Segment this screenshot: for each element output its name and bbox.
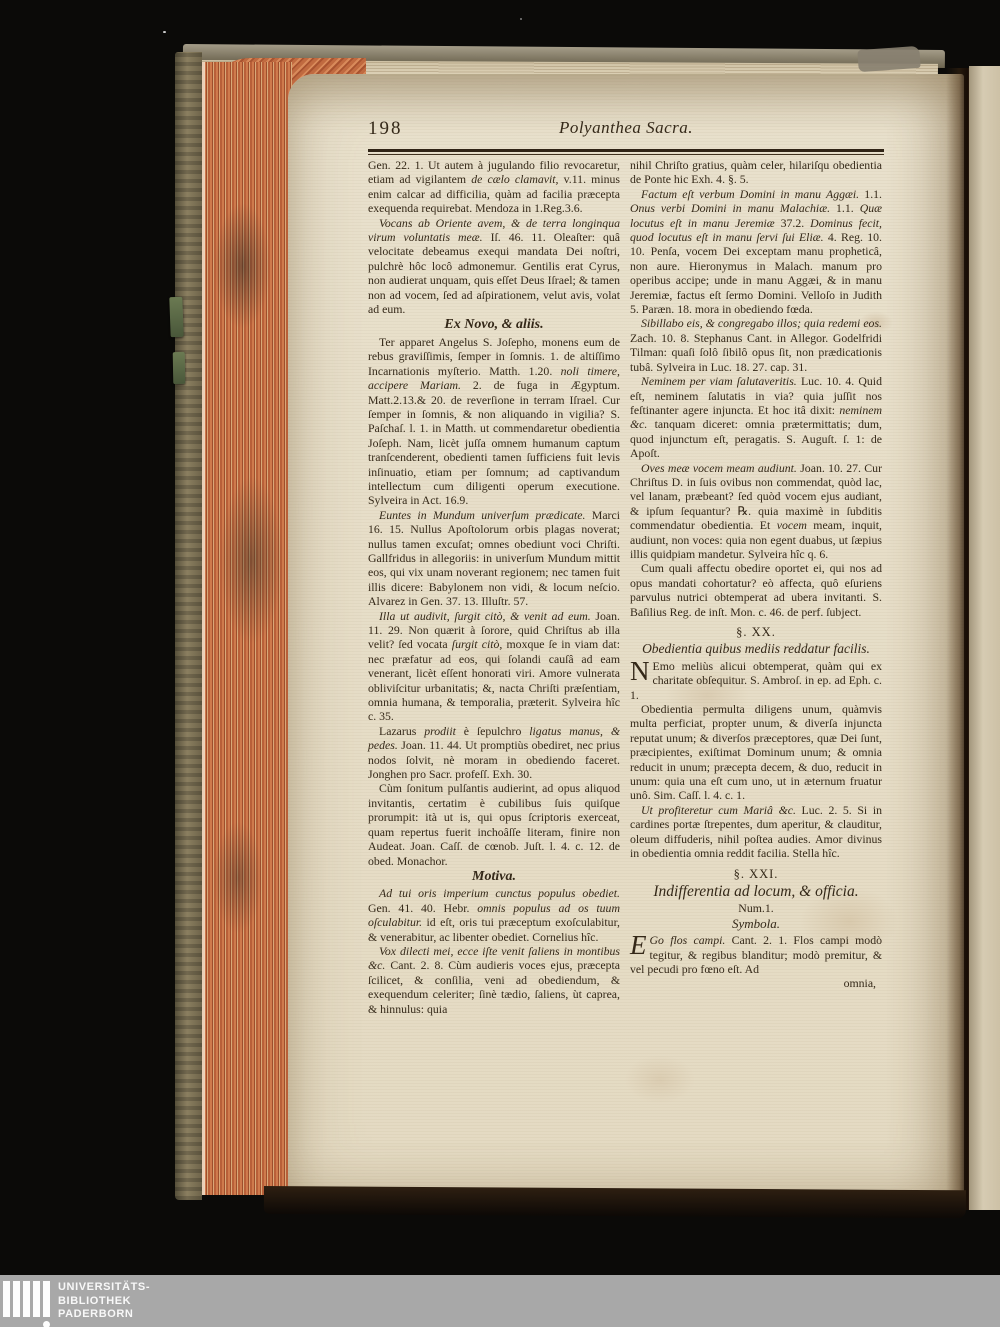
paragraph: Illa ut audivit, ſurgit citò, & venit ad… [368,609,620,724]
fore-edge-pages [202,62,292,1195]
cover-corner-fragment [857,46,920,72]
dust-speck [163,31,166,33]
paragraph: nihil Chriſto gratius, quàm celer, hilar… [630,158,882,187]
page-header: 198 Polyanthea Sacra. [368,116,884,146]
library-barcode-exclamation-icon [3,1281,51,1327]
library-name-line: PADERBORN [58,1308,150,1322]
section-heading: Motiva. [368,870,620,884]
paragraph: Euntes in Mundum univerſum prædicate. Ma… [368,508,620,609]
section-mark: §. XXI. [630,867,882,881]
library-name-line: UNIVERSITÄTS- [58,1281,150,1295]
paragraph: EGo flos campi. Cant. 2. 1. Flos campi m… [630,933,882,976]
drop-cap: E [630,933,650,957]
paragraph: Vocans ab Oriente avem, & de terra longi… [368,216,620,317]
section-heading: Ex Novo, & aliis. [368,318,620,332]
drop-cap: N [630,659,653,683]
header-rule [368,149,884,155]
paragraph: NEmo meliùs alicui obtemperat, quàm qui … [630,659,882,702]
paragraph: Cum quali affectu obedire oportet ei, qu… [630,561,882,619]
catchword: omnia, [630,976,882,990]
text-column-left: Gen. 22. 1. Ut autem à jugulando filio r… [368,158,620,1016]
paragraph: Sibillabo eis, & congregabo illos; quia … [630,316,882,374]
book-cover-left-edge [175,52,202,1200]
gutter-shadow [946,68,970,1210]
paragraph: Lazarus prodiit è ſepulchro ligatus manu… [368,724,620,782]
library-name: UNIVERSITÄTS- BIBLIOTHEK PADERBORN [58,1281,150,1322]
green-bookmark-tab [169,297,183,337]
paragraph: Factum eſt verbum Domini in manu Aggæi. … [630,187,882,317]
section-heading: Indifferentia ad locum, & officia. [630,885,882,899]
running-title: Polyanthea Sacra. [368,118,884,138]
paragraph: Obedientia permulta diligens unum, quàmv… [630,702,882,803]
paragraph: Ter apparet Angelus S. Joſepho, monens e… [368,335,620,508]
paragraph: Cùm ſonitum pulſantis audierint, ad opus… [368,781,620,867]
facing-page-edge [969,66,1000,1210]
book-scan: 198 Polyanthea Sacra. Gen. 22. 1. Ut aut… [0,0,1000,1327]
paragraph: Neminem per viam ſalutaveritis. Luc. 10.… [630,374,882,460]
paragraph: Ad tui oris imperium cunctus populus obe… [368,886,620,944]
paragraph: Ut profiteretur cum Mariâ &c. Luc. 2. 5.… [630,803,882,861]
green-bookmark-tab [173,352,186,384]
book-bottom-edge [264,1186,966,1218]
text-column-right: nihil Chriſto gratius, quàm celer, hilar… [630,158,882,991]
paragraph: Vox dilecti mei, ecce iſte venit ſaliens… [368,944,620,1016]
section-heading: Symbola. [630,917,882,931]
library-name-line: BIBLIOTHEK [58,1295,150,1309]
dust-speck [520,18,522,20]
numeral-heading: Num.1. [630,901,882,915]
paragraph: Gen. 22. 1. Ut autem à jugulando filio r… [368,158,620,216]
watermark-band: UNIVERSITÄTS- BIBLIOTHEK PADERBORN [0,1275,1000,1327]
paragraph: Oves meæ vocem meam audiunt. Joan. 10. 2… [630,461,882,562]
section-mark: §. XX. [630,625,882,639]
section-heading: Obedientia quibus mediis reddatur facili… [630,642,882,656]
